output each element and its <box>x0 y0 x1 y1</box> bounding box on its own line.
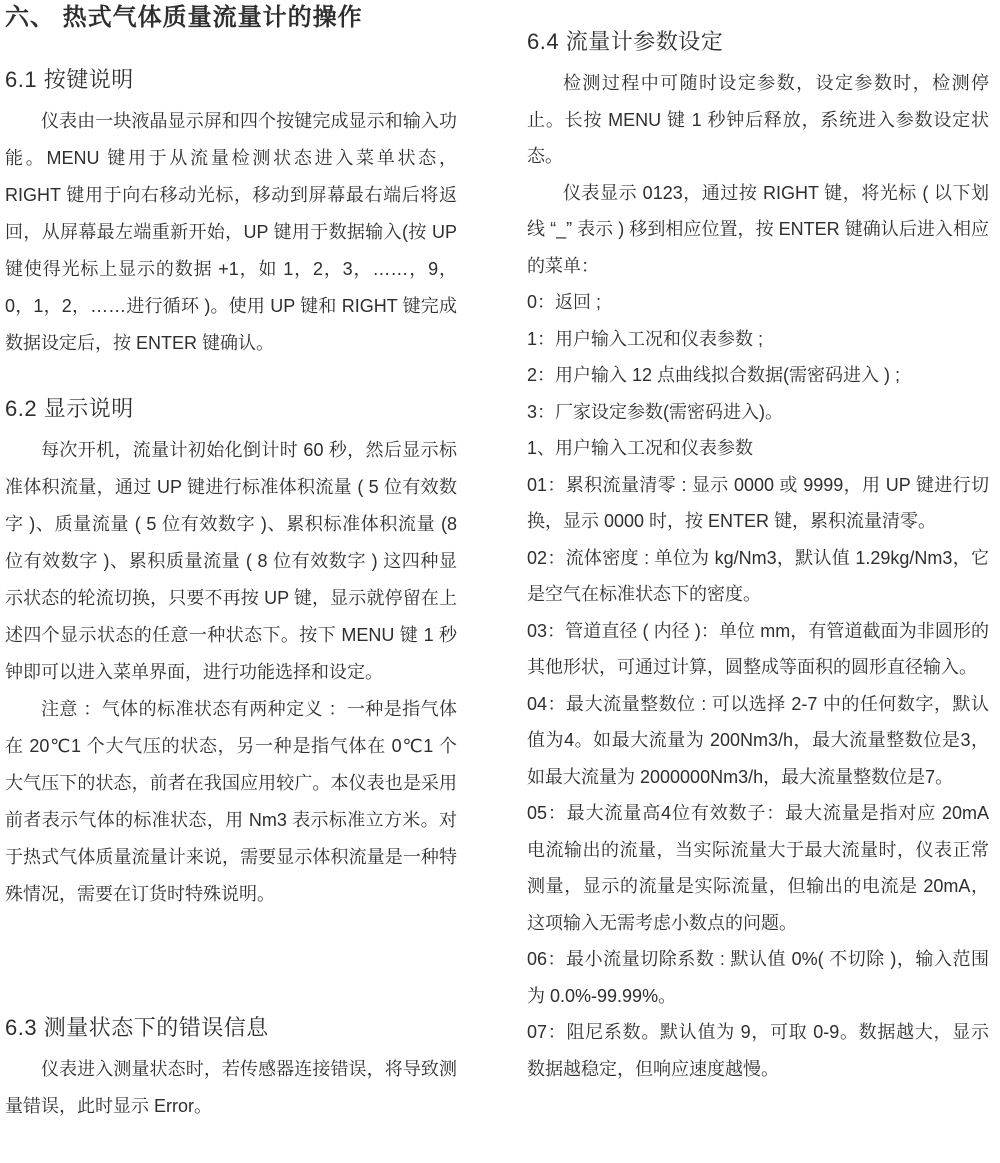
menu-option-2: 2：用户输入 12 点曲线拟合数据(需密码进入 ) ; <box>527 357 989 394</box>
section-6-3-paragraph: 仪表进入测量状态时，若传感器连接错误，将导致测量错误，此时显示 Error。 <box>5 1051 457 1125</box>
menu-option-3: 3：厂家设定参数(需密码进入)。 <box>527 394 989 431</box>
param-item-05: 05：最大流量高4位有效数子：最大流量是指对应 20mA 电流输出的流量，当实际… <box>527 795 989 941</box>
menu-option-1: 1：用户输入工况和仪表参数 ; <box>527 321 989 358</box>
param-item-06: 06：最小流量切除系数 : 默认值 0%( 不切除 )，输入范围为 0.0%-9… <box>527 941 989 1014</box>
section-6-4-intro-paragraph-2: 仪表显示 0123，通过按 RIGHT 键，将光标 ( 以下划线 “_” 表示 … <box>527 175 989 285</box>
right-column: 6.4 流量计参数设定 检测过程中可随时设定参数，设定参数时，检测停止。长按 M… <box>527 0 989 1163</box>
param-item-03: 03：管道直径 ( 内径 )：单位 mm，有管道截面为非圆形的其他形状，可通过计… <box>527 613 989 686</box>
param-item-07: 07：阻尼系数。默认值为 9，可取 0-9。数据越大，显示数据越稳定，但响应速度… <box>527 1014 989 1087</box>
section-6-2-note-paragraph: 注意 ：气体的标准状态有两种定义 ：一种是指气体在 20℃1 个大气压的状态，另… <box>5 691 457 913</box>
left-column: 六、 热式气体质量流量计的操作 6.1 按键说明 仪表由一块液晶显示屏和四个按键… <box>5 0 457 1163</box>
document-title: 六、 热式气体质量流量计的操作 <box>5 3 457 33</box>
section-6-4-heading: 6.4 流量计参数设定 <box>527 27 989 57</box>
param-item-04: 04：最大流量整数位 : 可以选择 2-7 中的任何数字，默认值为4。如最大流量… <box>527 686 989 796</box>
section-6-2-heading: 6.2 显示说明 <box>5 394 457 424</box>
section-6-4-intro-paragraph-1: 检测过程中可随时设定参数，设定参数时，检测停止。长按 MENU 键 1 秒钟后释… <box>527 65 989 175</box>
section-6-1-paragraph: 仪表由一块液晶显示屏和四个按键完成显示和输入功能。MENU 键用于从流量检测状态… <box>5 103 457 362</box>
menu-option-0: 0：返回 ; <box>527 284 989 321</box>
manual-page: 六、 热式气体质量流量计的操作 6.1 按键说明 仪表由一块液晶显示屏和四个按键… <box>0 0 1000 1163</box>
section-6-1-heading: 6.1 按键说明 <box>5 65 457 95</box>
param-item-02: 02：流体密度 : 单位为 kg/Nm3，默认值 1.29kg/Nm3，它是空气… <box>527 540 989 613</box>
submenu-1-title: 1、用户输入工况和仪表参数 <box>527 430 989 467</box>
param-item-01: 01：累积流量清零 : 显示 0000 或 9999，用 UP 键进行切换，显示… <box>527 467 989 540</box>
section-6-2-paragraph: 每次开机，流量计初始化倒计时 60 秒，然后显示标准体积流量，通过 UP 键进行… <box>5 432 457 691</box>
section-6-3-heading: 6.3 测量状态下的错误信息 <box>5 1013 457 1043</box>
